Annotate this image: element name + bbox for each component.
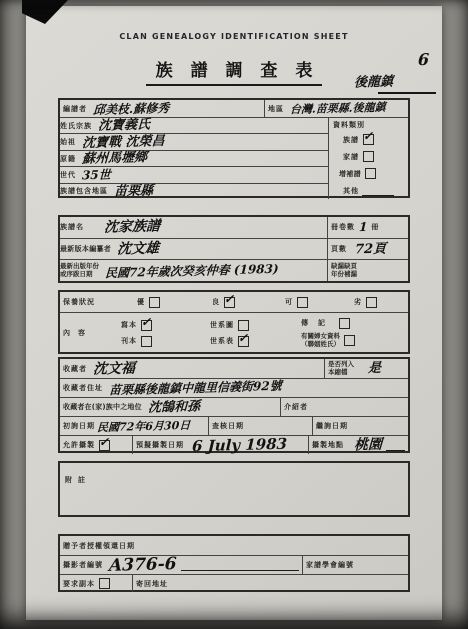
coverage-row: 族譜包含地區 苗栗縣 [60,183,328,199]
film-date-cell: 預擬攝製日期 6 July 1983 [132,436,308,454]
condition-option-label: 劣 [354,297,362,307]
volumes-label: 冊卷數 [331,222,355,232]
content-row: 內容 寫本 ✓ 刊本 世系圖 [60,312,408,353]
category-option: 其他 [343,185,404,196]
filming-table: 贈予者授權領還日期 攝影者編號 A376-6 家譜學會編號 要求副本 [58,534,410,592]
return-date-row: 贈予者授權領還日期 [60,536,408,555]
content-option: 刊本 [121,336,152,347]
category-option-label: 其他 [343,186,359,196]
photo-id-rule [181,560,299,571]
ancestor-label: 始祖 [60,137,76,147]
english-header: CLAN GENEALOGY IDENTIFICATION SHEET [26,32,442,41]
film-place-cell: 攝製地點 桃園 [308,436,408,454]
coverage-label: 族譜包含地區 [60,186,108,196]
permission-label: 允許攝製 [63,440,95,450]
condition-checkbox-good: ✓ [224,297,235,308]
microfilm-value: 是 [368,362,382,375]
owner-table: 收藏者 沈文福 是否列入 本縮檔 是 收藏者住址 苗栗縣後龍鎮中龍里信義街92號… [58,357,410,453]
page-title: 族 譜 調 查 表 [146,56,323,86]
photo-id-cell: 攝影者編號 A376-6 [60,556,302,574]
category-checkbox-zengbupu [365,168,376,179]
compiler-cell: 編譜者 邱美枝.蘇修秀 [60,100,264,117]
info-body: 姓氏宗族 沈寶義氏 始祖 沈寶戰 沈榮昌 原籍 蘇州馬壢鄉 世代 35世 [60,117,408,199]
introducer-cell: 介紹者 [280,398,408,416]
content-checkbox-lineage-table: ✓ [238,336,249,347]
origin-label: 原籍 [60,154,76,164]
missing-label-stack: 缺漏缺頁 年份補漏 [331,263,357,279]
compiler-row: 編譜者 邱美枝.蘇修秀 地區 台灣.苗栗縣.後龍鎮 [60,100,408,117]
check-date-label: 查核日期 [212,421,244,431]
interview-date-label: 初詢日期 [63,421,95,431]
clan-row: 姓氏宗族 沈寶義氏 [60,118,328,133]
position-row: 收藏者在(家)族中之地位 沈鵠和孫 介紹者 [60,397,408,416]
pubdate-row: 最新出版年份 或序跋日期 民國72年歲次癸亥仲春 (1983) [60,259,327,281]
pubdate-label-line2: 或序跋日期 [60,271,99,279]
followup-date-cell: 繼詢日期 [312,417,408,435]
ancestor-value: 沈寶戰 沈榮昌 [82,135,165,150]
content-option-label: 刊本 [121,336,137,346]
content-option: 寫本 ✓ [121,320,152,331]
content-option-label: 寫本 [121,320,137,330]
address-value: 苗栗縣後龍鎮中龍里信義街92號 [109,380,282,397]
info-left-column: 姓氏宗族 沈寶義氏 始祖 沈寶戰 沈榮昌 原籍 蘇州馬壢鄉 世代 35世 [60,118,328,199]
form-page: CLAN GENEALOGY IDENTIFICATION SHEET 族 譜 … [26,6,442,620]
microfilm-label-line2: 本縮檔 [328,369,354,377]
condition-option: 良 ✓ [212,297,235,308]
sheet-number-rule [378,92,436,94]
society-id-cell: 家譜學會編號 [302,556,408,574]
volumes-value: 1 [359,221,368,233]
volumes-row: 冊卷數 1 冊 [328,217,408,238]
filming-permission-row: 允許攝製 ✓ 預擬攝製日期 6 July 1983 攝製地點 桃園 [60,435,408,454]
pages-label: 頁數 [331,244,347,254]
condition-table: 保養狀況 優 良 ✓ 可 劣 內容 [58,290,410,354]
content-option: 傳記 [301,318,355,329]
category-option-label: 族譜 [343,135,359,145]
interview-date-value: 民國72年6月30日 [97,419,191,432]
film-date-value: 6 July 1983 [192,436,288,454]
pages-value: 72頁 [355,242,387,256]
photo-id-label: 攝影者編號 [63,560,103,570]
editor-label: 最新版本編纂者 [60,244,111,254]
content-checkbox-lineage-chart [238,320,249,331]
book-name-row: 族譜名 沈家族譜 [60,217,327,238]
origin-row: 原籍 蘇州馬壢鄉 [60,150,328,166]
condition-option: 優 [137,297,160,308]
book-left-column: 族譜名 沈家族譜 最新版本編纂者 沈文雄 最新出版年份 或序跋日期 民國72年歲… [60,217,327,281]
mail-address-cell: 寄回地址 [132,575,408,592]
permission-checkbox: ✓ [99,440,110,451]
generations-value: 35世 [82,169,111,182]
position-value: 沈鵠和孫 [148,400,201,414]
checkmark: ✓ [238,331,248,345]
category-checkbox-zupu: ✓ [363,134,374,145]
generations-label: 世代 [60,170,76,180]
content-checkbox-printed [141,336,152,347]
condition-checkbox-excellent [149,297,160,308]
condition-label: 保養狀況 [63,297,95,307]
content-option: 世系表 ✓ [210,336,249,347]
copy-request-cell: 要求副本 [60,575,132,592]
film-place-rule [386,440,405,451]
category-option: 增補譜 [339,168,404,179]
content-option-label2: （聯姻姓氏） [301,341,340,349]
address-row: 收藏者住址 苗栗縣後龍鎮中龍里信義街92號 [60,378,408,397]
other-blank-line [362,185,394,196]
microfilm-cell: 是否列入 本縮檔 是 [324,359,408,378]
film-place-label: 攝製地點 [312,440,344,450]
check-date-cell: 查核日期 [208,417,312,435]
notes-row: 附註 [60,463,408,490]
book-name-label: 族譜名 [60,222,84,232]
missing-pages-row: 缺漏缺頁 年份補漏 [328,259,408,281]
editor-row: 最新版本編纂者 沈文雄 [60,238,327,260]
pubdate-value: 民國72年歲次癸亥仲春 (1983) [105,262,279,279]
book-info-table: 族譜名 沈家族譜 最新版本編纂者 沈文雄 最新出版年份 或序跋日期 民國72年歲… [58,215,410,283]
origin-value: 蘇州馬壢鄉 [82,151,148,166]
introducer-label: 介紹者 [284,402,308,412]
checkmark: ✓ [99,435,109,449]
film-place-value: 桃園 [354,438,383,453]
condition-option-label: 優 [137,297,145,307]
content-col-1: 寫本 ✓ 刊本 [121,320,152,347]
owner-label: 收藏者 [63,364,87,374]
category-block: 資料類別 族譜 ✓ 家譜 增補譜 其他 [328,118,408,199]
category-option-label: 家譜 [343,152,359,162]
category-checkbox-jiapu [363,151,374,162]
return-date-label: 贈予者授權領還日期 [63,541,135,551]
content-col-2: 世系圖 世系表 ✓ [210,320,249,347]
scanned-sheet: CLAN GENEALOGY IDENTIFICATION SHEET 族 譜 … [0,0,468,629]
society-id-label: 家譜學會編號 [306,560,354,570]
checkmark: ✓ [224,292,234,306]
category-option: 族譜 ✓ [343,134,404,145]
condition-row: 保養狀況 優 良 ✓ 可 劣 [60,292,408,312]
mail-address-label: 寄回地址 [136,579,168,589]
checkmark: ✓ [141,315,151,329]
content-checkbox-women-data [344,335,355,346]
pages-row: 頁數 72頁 [328,238,408,260]
photo-id-row: 攝影者編號 A376-6 家譜學會編號 [60,555,408,574]
content-option-label: 世系表 [210,336,234,346]
women-data-label-stack: 有關婦女資料 （聯姻姓氏） [301,333,340,349]
address-label: 收藏者住址 [63,383,103,393]
content-label: 內容 [63,328,93,338]
copy-request-label: 要求副本 [63,579,95,589]
region-cell: 地區 台灣.苗栗縣.後龍鎮 [264,100,408,117]
clan-label: 姓氏宗族 [60,121,92,131]
editor-value: 沈文雄 [117,241,160,256]
owner-value: 沈文福 [93,361,136,376]
pubdate-label-stack: 最新出版年份 或序跋日期 [60,263,99,279]
owner-cell: 收藏者 沈文福 [60,359,324,378]
generations-row: 世代 35世 [60,166,328,182]
notes-table: 附註 [58,461,410,517]
photo-id-value: A376-6 [109,556,177,575]
book-right-column: 冊卷數 1 冊 頁數 72頁 缺漏缺頁 年份補漏 [327,217,408,281]
basic-info-table: 編譜者 邱美枝.蘇修秀 地區 台灣.苗栗縣.後龍鎮 姓氏宗族 沈寶義氏 始祖 [58,98,410,198]
interview-date-cell: 初詢日期 民國72年6月30日 [60,417,208,435]
book-name-value: 沈家族譜 [104,220,161,235]
condition-option-label: 良 [212,297,220,307]
position-cell: 收藏者在(家)族中之地位 沈鵠和孫 [60,398,280,416]
content-option: 世系圖 [210,320,249,331]
condition-option: 可 [285,297,308,308]
category-option: 家譜 [343,151,404,162]
volumes-unit: 冊 [371,222,379,232]
copy-request-checkbox [99,578,110,589]
content-option-label: 世系圖 [210,320,234,330]
interview-dates-row: 初詢日期 民國72年6月30日 查核日期 繼詢日期 [60,416,408,435]
owner-row: 收藏者 沈文福 是否列入 本縮檔 是 [60,359,408,378]
permission-cell: 允許攝製 ✓ [60,436,132,454]
compiler-label: 編譜者 [63,104,87,114]
region-label: 地區 [268,104,284,114]
handwritten-town-note: 後龍鎮 [354,75,394,89]
condition-checkbox-fair [297,297,308,308]
category-option-label: 增補譜 [339,169,361,179]
clan-value: 沈寶義氏 [98,119,151,133]
content-col-3: 傳記 有關婦女資料 （聯姻姓氏） [301,318,355,349]
content-option: 有關婦女資料 （聯姻姓氏） [301,333,355,349]
condition-checkbox-poor [366,297,377,308]
compiler-value: 邱美枝.蘇修秀 [93,101,170,115]
content-checkbox-manuscript: ✓ [141,320,152,331]
content-checkbox-biography [339,318,350,329]
condition-option-label: 可 [285,297,293,307]
film-date-label: 預擬攝製日期 [136,440,184,450]
microfilm-label-stack: 是否列入 本縮檔 [328,361,354,377]
handwritten-sheet-number: 6 [418,52,430,68]
ancestor-row: 始祖 沈寶戰 沈榮昌 [60,133,328,149]
followup-date-label: 繼詢日期 [316,421,348,431]
checkmark: ✓ [363,129,373,143]
copy-request-row: 要求副本 寄回地址 [60,574,408,592]
content-option-label: 傳記 [301,318,335,328]
condition-option: 劣 [354,297,377,308]
notes-label: 附註 [65,476,91,484]
region-value: 台灣.苗栗縣.後龍鎮 [290,102,386,116]
position-label: 收藏者在(家)族中之地位 [63,402,142,412]
coverage-value: 苗栗縣 [114,184,154,198]
missing-label-line2: 年份補漏 [331,271,357,279]
